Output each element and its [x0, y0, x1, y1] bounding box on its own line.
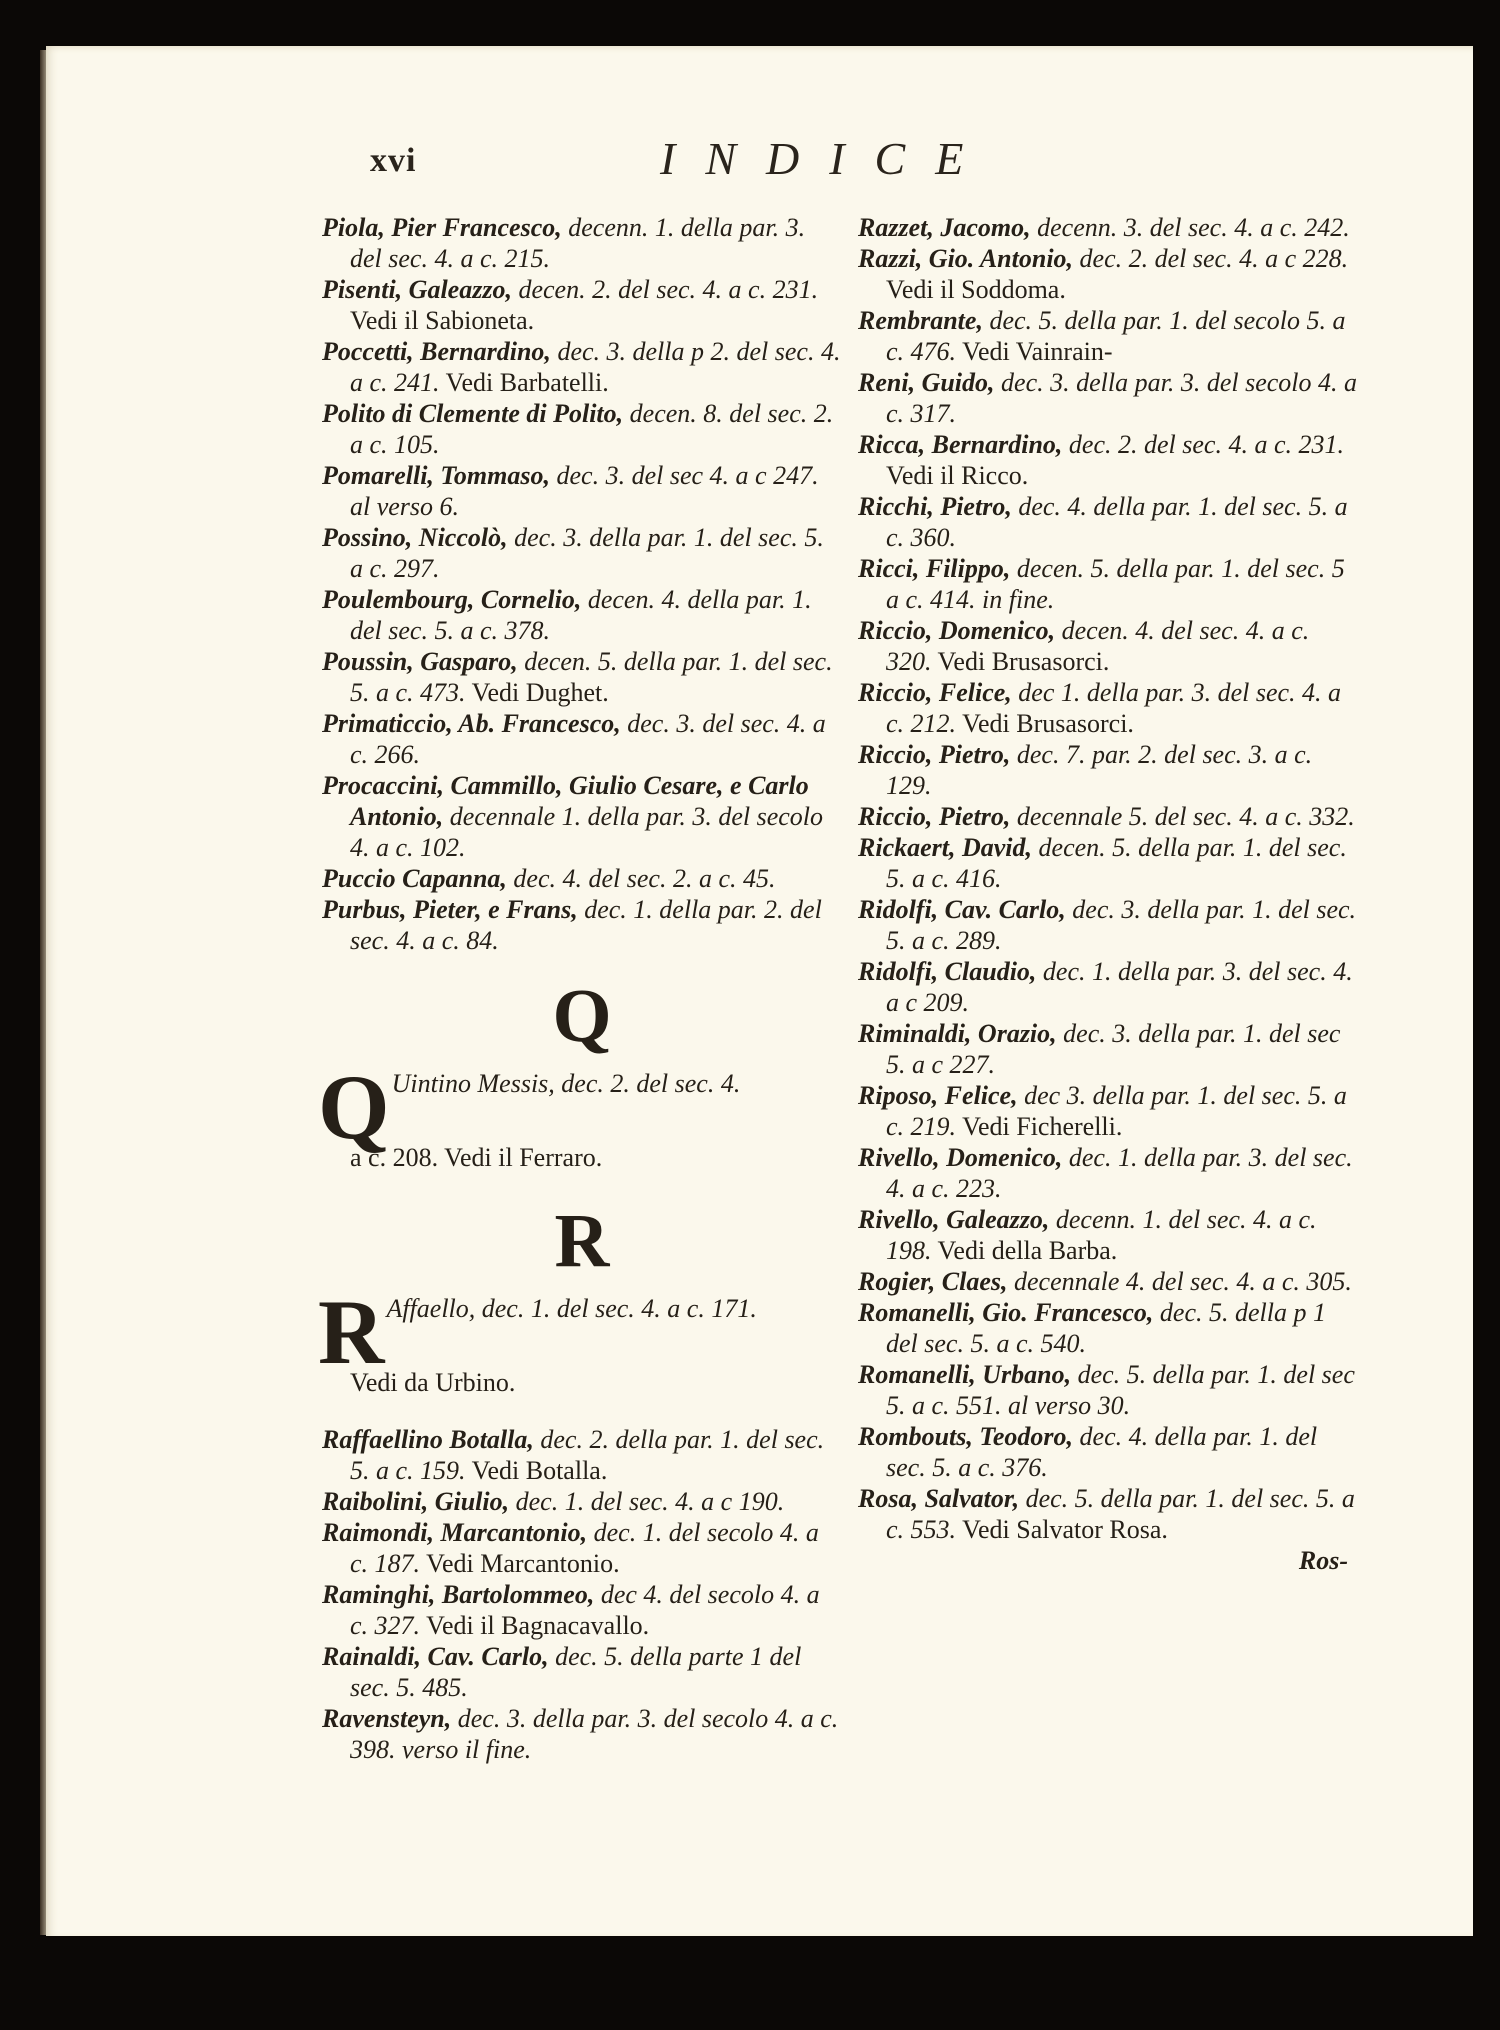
- entry-name: Romanelli, Urbano,: [858, 1360, 1071, 1389]
- entry-name: Reni, Guido,: [858, 368, 995, 397]
- entry-name: Rivello, Galeazzo,: [858, 1205, 1049, 1234]
- entry-continuation: Vedi da Urbino.: [322, 1367, 842, 1398]
- entry-name: Rickaert, David,: [858, 833, 1032, 862]
- index-entry: Rivello, Galeazzo, decenn. 1. del sec. 4…: [858, 1204, 1358, 1266]
- entry-name: Rosa, Salvator,: [858, 1484, 1019, 1513]
- entry-cross-reference: Vedi Vainrain-: [956, 337, 1112, 366]
- entry-name: Ricchi, Pietro,: [858, 492, 1012, 521]
- entry-cross-reference: Vedi Ficherelli.: [956, 1112, 1122, 1141]
- index-entry: Procaccini, Cammillo, Giulio Cesare, e C…: [322, 770, 842, 863]
- entry-reference: decennale 4. del sec. 4. a c. 305.: [1008, 1267, 1352, 1296]
- running-title: INDICE: [660, 132, 993, 185]
- entry-name: Ridolfi, Cav. Carlo,: [858, 895, 1066, 924]
- entry-cross-reference: Vedi il Sabioneta.: [350, 306, 534, 335]
- entry-reference: decennale 5. del sec. 4. a c. 332.: [1010, 802, 1354, 831]
- section-heading-q: Q: [322, 974, 842, 1058]
- entry-name: Raffaellino Botalla,: [322, 1425, 534, 1454]
- index-entry: Ridolfi, Cav. Carlo, dec. 3. della par. …: [858, 894, 1358, 956]
- entry-name: Riccio, Domenico,: [858, 616, 1055, 645]
- index-entry: Polito di Clemente di Polito, decen. 8. …: [322, 398, 842, 460]
- entry-name: Riposo, Felice,: [858, 1081, 1018, 1110]
- index-entry: Razzet, Jacomo, decenn. 3. del sec. 4. a…: [858, 212, 1358, 243]
- index-entry: Poulembourg, Cornelio, decen. 4. della p…: [322, 584, 842, 646]
- index-entry: Raimondi, Marcantonio, dec. 1. del secol…: [322, 1517, 842, 1579]
- entry-name: Primaticcio, Ab. Francesco,: [322, 709, 621, 738]
- entry-name: Ricci, Filippo,: [858, 554, 1010, 583]
- entry-cross-reference: Vedi Brusasorci.: [932, 647, 1110, 676]
- entry-reference: decenn. 3. del sec. 4. a c. 242.: [1031, 213, 1350, 242]
- entry-cross-reference: Vedi il Bagnacavallo.: [420, 1611, 649, 1640]
- entry-cross-reference: Vedi il Ricco.: [886, 461, 1028, 490]
- index-entry: Riposo, Felice, dec 3. della par. 1. del…: [858, 1080, 1358, 1142]
- entry-reference: dec. 1. del sec. 4. a c 190.: [509, 1487, 784, 1516]
- index-entry: Rainaldi, Cav. Carlo, dec. 5. della part…: [322, 1641, 842, 1703]
- entry-name: Razzet, Jacomo,: [858, 213, 1031, 242]
- entry-name: Raminghi, Bartolommeo,: [322, 1580, 594, 1609]
- entry-text: Uintino Messis, dec. 2. del sec. 4.: [392, 1069, 741, 1098]
- entry-name: Riccio, Pietro,: [858, 740, 1010, 769]
- entry-continuation: a c. 208. Vedi il Ferraro.: [322, 1142, 842, 1173]
- index-entry: Rembrante, dec. 5. della par. 1. del sec…: [858, 305, 1358, 367]
- page-number: xvi: [370, 142, 416, 180]
- index-entry-quintino: Q Uintino Messis, dec. 2. del sec. 4.: [322, 1068, 842, 1099]
- entry-name: Riccio, Felice,: [858, 678, 1012, 707]
- entry-name: Romanelli, Gio. Francesco,: [858, 1298, 1153, 1327]
- index-entry: Raibolini, Giulio, dec. 1. del sec. 4. a…: [322, 1486, 842, 1517]
- index-entry: Ravensteyn, dec. 3. della par. 3. del se…: [322, 1703, 842, 1765]
- index-entry: Ricca, Bernardino, dec. 2. del sec. 4. a…: [858, 429, 1358, 491]
- entry-name: Poccetti, Bernardino,: [322, 337, 551, 366]
- entry-name: Ravensteyn,: [322, 1704, 451, 1733]
- entry-text: Affaello, dec. 1. del sec. 4. a c. 171.: [386, 1294, 756, 1323]
- index-entry: Raminghi, Bartolommeo, dec 4. del secolo…: [322, 1579, 842, 1641]
- index-entry-raffaello: R Affaello, dec. 1. del sec. 4. a c. 171…: [322, 1293, 842, 1324]
- entries-p: Piola, Pier Francesco, decenn. 1. della …: [322, 212, 842, 956]
- index-entry: Razzi, Gio. Antonio, dec. 2. del sec. 4.…: [858, 243, 1358, 305]
- entry-name: Purbus, Pieter, e Frans,: [322, 895, 578, 924]
- entry-cross-reference: Vedi Marcantonio.: [420, 1549, 620, 1578]
- index-entry: Ricchi, Pietro, dec. 4. della par. 1. de…: [858, 491, 1358, 553]
- entry-cross-reference: Vedi Barbatelli.: [440, 368, 609, 397]
- drop-cap-q: Q: [318, 1072, 390, 1142]
- index-entry: Puccio Capanna, dec. 4. del sec. 2. a c.…: [322, 863, 842, 894]
- entry-name: Piola, Pier Francesco,: [322, 213, 562, 242]
- entry-name: Pomarelli, Tommaso,: [322, 461, 550, 490]
- entry-name: Rainaldi, Cav. Carlo,: [322, 1642, 549, 1671]
- index-entry: Reni, Guido, dec. 3. della par. 3. del s…: [858, 367, 1358, 429]
- index-entry: Purbus, Pieter, e Frans, dec. 1. della p…: [322, 894, 842, 956]
- index-entry: Rombouts, Teodoro, dec. 4. della par. 1.…: [858, 1421, 1358, 1483]
- entry-name: Ricca, Bernardino,: [858, 430, 1062, 459]
- entry-name: Pisenti, Galeazzo,: [322, 275, 512, 304]
- index-entry: Rickaert, David, decen. 5. della par. 1.…: [858, 832, 1358, 894]
- index-entry: Riminaldi, Orazio, dec. 3. della par. 1.…: [858, 1018, 1358, 1080]
- entry-name: Raimondi, Marcantonio,: [322, 1518, 587, 1547]
- index-entry: Romanelli, Urbano, dec. 5. della par. 1.…: [858, 1359, 1358, 1421]
- entry-name: Poulembourg, Cornelio,: [322, 585, 581, 614]
- index-entry: Riccio, Domenico, decen. 4. del sec. 4. …: [858, 615, 1358, 677]
- index-entry: Rivello, Domenico, dec. 1. della par. 3.…: [858, 1142, 1358, 1204]
- index-entry: Rosa, Salvator, dec. 5. della par. 1. de…: [858, 1483, 1358, 1545]
- index-entry: Riccio, Pietro, dec. 7. par. 2. del sec.…: [858, 739, 1358, 801]
- entry-name: Razzi, Gio. Antonio,: [858, 244, 1073, 273]
- index-entry: Raffaellino Botalla, dec. 2. della par. …: [322, 1424, 842, 1486]
- entry-cross-reference: Vedi Dughet.: [466, 678, 609, 707]
- right-column: Razzet, Jacomo, decenn. 3. del sec. 4. a…: [858, 212, 1358, 1576]
- entry-name: Raibolini, Giulio,: [322, 1487, 509, 1516]
- entry-name: Possino, Niccolò,: [322, 523, 508, 552]
- entries-r: Raffaellino Botalla, dec. 2. della par. …: [322, 1424, 842, 1765]
- page-header: xvi INDICE: [0, 132, 1500, 192]
- entry-name: Poussin, Gasparo,: [322, 647, 518, 676]
- drop-cap-r: R: [318, 1297, 384, 1367]
- entry-reference: dec. 4. del sec. 2. a c. 45.: [507, 864, 776, 893]
- entry-name: Rogier, Claes,: [858, 1267, 1008, 1296]
- index-entry: Rogier, Claes, decennale 4. del sec. 4. …: [858, 1266, 1358, 1297]
- entry-name: Polito di Clemente di Polito,: [322, 399, 623, 428]
- entry-cross-reference: Vedi Salvator Rosa.: [956, 1515, 1168, 1544]
- entry-name: Ridolfi, Claudio,: [858, 957, 1036, 986]
- entries-right: Razzet, Jacomo, decenn. 3. del sec. 4. a…: [858, 212, 1358, 1545]
- index-entry: Romanelli, Gio. Francesco, dec. 5. della…: [858, 1297, 1358, 1359]
- entry-cross-reference: Vedi Brusasorci.: [956, 709, 1134, 738]
- entry-name: Rivello, Domenico,: [858, 1143, 1062, 1172]
- index-entry: Primaticcio, Ab. Francesco, dec. 3. del …: [322, 708, 842, 770]
- index-entry: Piola, Pier Francesco, decenn. 1. della …: [322, 212, 842, 274]
- entry-name: Riccio, Pietro,: [858, 802, 1010, 831]
- entry-reference: dec. 2. del sec. 4. a c. 231.: [1062, 430, 1344, 459]
- index-entry: Riccio, Felice, dec 1. della par. 3. del…: [858, 677, 1358, 739]
- section-heading-r: R: [322, 1199, 842, 1283]
- entry-reference: dec. 2. del sec. 4. a c 228.: [1073, 244, 1348, 273]
- entry-name: Riminaldi, Orazio,: [858, 1019, 1057, 1048]
- index-entry: Poccetti, Bernardino, dec. 3. della p 2.…: [322, 336, 842, 398]
- index-entry: Pisenti, Galeazzo, decen. 2. del sec. 4.…: [322, 274, 842, 336]
- entry-cross-reference: Vedi della Barba.: [932, 1236, 1118, 1265]
- left-column: Piola, Pier Francesco, decenn. 1. della …: [322, 212, 842, 1765]
- index-entry: Ridolfi, Claudio, dec. 1. della par. 3. …: [858, 956, 1358, 1018]
- index-entry: Possino, Niccolò, dec. 3. della par. 1. …: [322, 522, 842, 584]
- catchword: Ros-: [858, 1545, 1358, 1576]
- entry-cross-reference: Vedi Botalla.: [466, 1456, 608, 1485]
- index-entry: Ricci, Filippo, decen. 5. della par. 1. …: [858, 553, 1358, 615]
- entry-name: Rombouts, Teodoro,: [858, 1422, 1073, 1451]
- index-entry: Pomarelli, Tommaso, dec. 3. del sec 4. a…: [322, 460, 842, 522]
- entry-name: Rembrante,: [858, 306, 983, 335]
- entry-reference: decen. 2. del sec. 4. a c. 231.: [512, 275, 818, 304]
- entry-name: Puccio Capanna,: [322, 864, 507, 893]
- index-entry: Riccio, Pietro, decennale 5. del sec. 4.…: [858, 801, 1358, 832]
- index-entry: Poussin, Gasparo, decen. 5. della par. 1…: [322, 646, 842, 708]
- entry-cross-reference: Vedi il Soddoma.: [886, 275, 1066, 304]
